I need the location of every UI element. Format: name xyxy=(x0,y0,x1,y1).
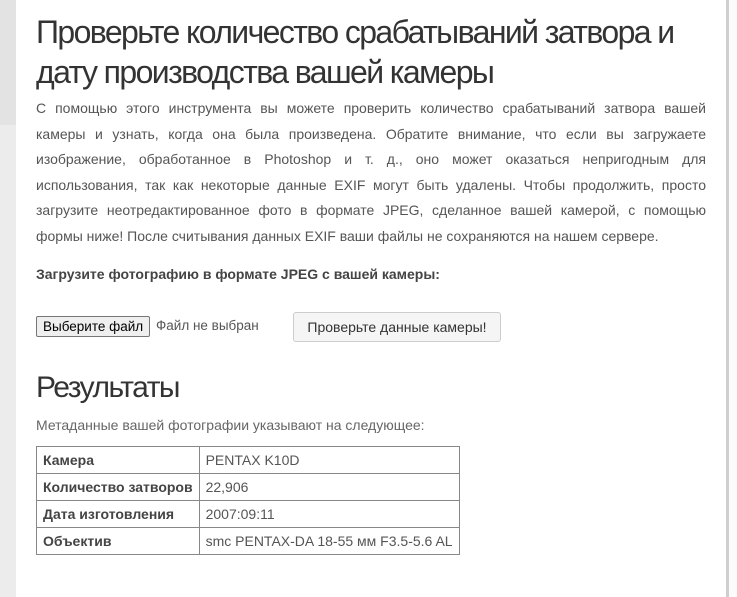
intro-paragraph: С помощью этого инструмента вы можете пр… xyxy=(36,96,706,250)
row-key-camera: Камера xyxy=(37,447,200,474)
table-row: Камера PENTAX K10D xyxy=(37,447,460,474)
table-row: Количество затворов 22,906 xyxy=(37,474,460,501)
row-value-camera: PENTAX K10D xyxy=(199,447,459,474)
results-heading: Результаты xyxy=(36,368,179,408)
table-row: Дата изготовления 2007:09:11 xyxy=(37,501,460,528)
row-value-shutter-count: 22,906 xyxy=(199,474,459,501)
choose-file-button[interactable]: Выберите файл xyxy=(36,316,150,337)
row-key-shutter-count: Количество затворов xyxy=(37,474,200,501)
row-value-lens: smc PENTAX-DA 18-55 мм F3.5-5.6 AL xyxy=(199,528,459,555)
row-key-lens: Объектив xyxy=(37,528,200,555)
row-key-manufacture-date: Дата изготовления xyxy=(37,501,200,528)
row-value-manufacture-date: 2007:09:11 xyxy=(199,501,459,528)
table-row: Объектив smc PENTAX-DA 18-55 мм F3.5-5.6… xyxy=(37,528,460,555)
left-margin-upper-shade xyxy=(0,0,16,125)
right-page-margin xyxy=(729,0,737,597)
page-title: Проверьте количество срабатываний затвор… xyxy=(36,12,716,92)
content-card: Проверьте количество срабатываний затвор… xyxy=(16,0,726,597)
results-table: Камера PENTAX K10D Количество затворов 2… xyxy=(36,446,460,555)
results-note: Метаданные вашей фотографии указывают на… xyxy=(36,417,425,433)
file-status-text: Файл не выбран xyxy=(156,318,259,333)
left-page-margin xyxy=(0,0,16,597)
check-camera-button[interactable]: Проверьте данные камеры! xyxy=(293,312,501,342)
upload-label: Загрузите фотографию в формате JPEG с ва… xyxy=(36,266,440,282)
